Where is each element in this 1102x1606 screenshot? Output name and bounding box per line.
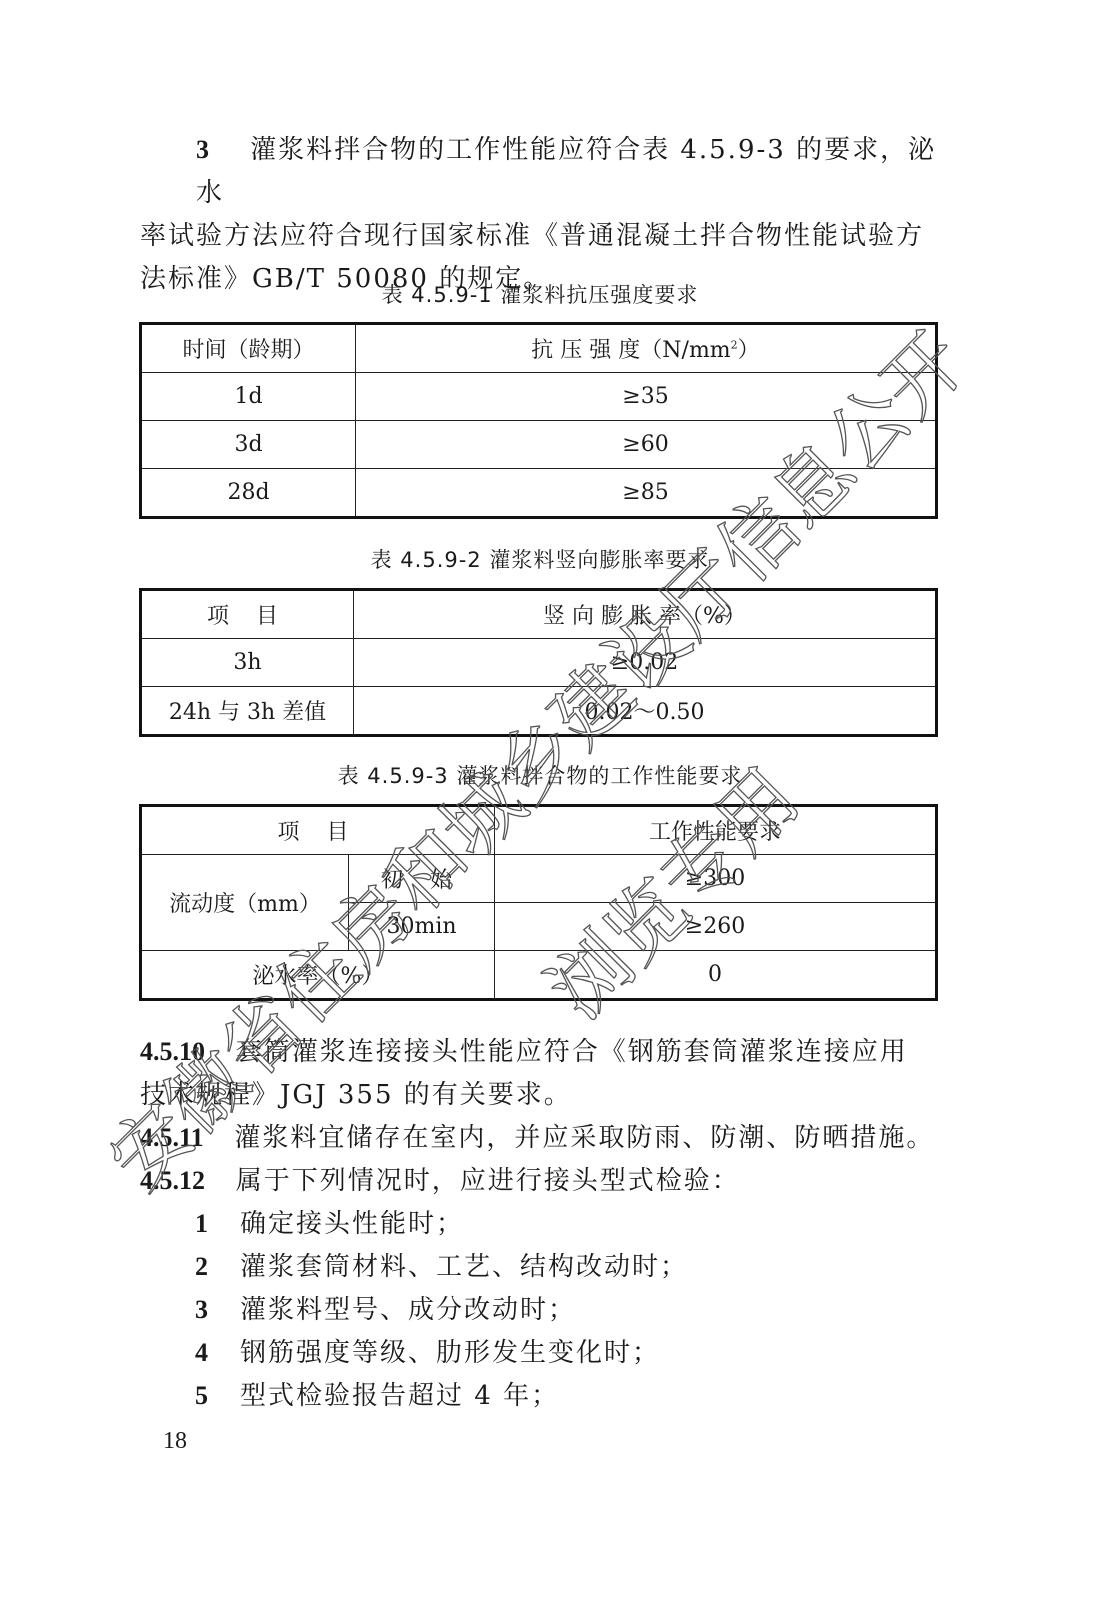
- clause-text: 灌浆料宜储存在室内，并应采取防雨、防潮、防晒措施。: [234, 1123, 934, 1153]
- table-cell: ≥60: [356, 421, 937, 469]
- table-row: 24h 与 3h 差值 0.02～0.50: [141, 687, 937, 736]
- table-cell: 0.02～0.50: [354, 687, 937, 736]
- table1-compressive-strength: 时间（龄期） 抗 压 强 度（N/mm2） 1d ≥35 3d ≥60 28d …: [139, 322, 938, 519]
- table-row: 28d ≥85: [141, 469, 937, 518]
- table-header-cell: 竖 向 膨 胀 率（%）: [354, 590, 937, 639]
- table-cell: ≥85: [356, 469, 937, 518]
- table-cell: 3d: [141, 421, 356, 469]
- clause-text: 套筒灌浆连接接头性能应符合《钢筋套筒灌浆连接应用: [236, 1037, 908, 1067]
- list-item: 1确定接头性能时；: [195, 1202, 464, 1246]
- table-cell: 30min: [349, 903, 495, 951]
- table2-vertical-expansion: 项 目 竖 向 膨 胀 率（%） 3h ≥0.02 24h 与 3h 差值 0.…: [139, 588, 938, 737]
- table1-caption: 表 4.5.9-1 灌浆料抗压强度要求: [140, 279, 940, 309]
- table-row: 3h ≥0.02: [141, 639, 937, 687]
- clause-number: 4.5.10: [140, 1037, 205, 1066]
- table-cell: 初 始: [349, 855, 495, 903]
- list-item: 4钢筋强度等级、肋形发生变化时；: [195, 1331, 660, 1375]
- table-row: 流动度（mm） 初 始 ≥300: [141, 855, 937, 903]
- table-header-cell: 抗 压 强 度（N/mm2）: [356, 324, 937, 373]
- table-header-row: 项 目 竖 向 膨 胀 率（%）: [141, 590, 937, 639]
- table-cell: 泌水率（%）: [141, 951, 495, 1000]
- table-row: 1d ≥35: [141, 373, 937, 421]
- table-cell: ≥300: [495, 855, 937, 903]
- table-header-row: 项 目 工作性能要求: [141, 806, 937, 855]
- clause-4-5-10: 4.5.10 套筒灌浆连接接头性能应符合《钢筋套筒灌浆连接应用 技术规程》JGJ…: [140, 1030, 940, 1117]
- table3-caption: 表 4.5.9-3 灌浆料拌合物的工作性能要求: [140, 760, 940, 790]
- table2-caption: 表 4.5.9-2 灌浆料竖向膨胀率要求: [140, 544, 940, 574]
- intro-line-1: 灌浆料拌合物的工作性能应符合表 4.5.9-3 的要求，泌水: [196, 135, 936, 208]
- list-item: 5型式检验报告超过 4 年；: [195, 1374, 559, 1418]
- table-group-cell: 流动度（mm）: [141, 855, 349, 951]
- clause-text: 技术规程》JGJ 355 的有关要求。: [140, 1074, 940, 1117]
- intro-paragraph: 3 灌浆料拌合物的工作性能应符合表 4.5.9-3 的要求，泌水 率试验方法应符…: [140, 128, 940, 301]
- table-header-cell: 工作性能要求: [495, 806, 937, 855]
- clause-number: 4.5.12: [140, 1166, 205, 1195]
- clause-text: 属于下列情况时，应进行接头型式检验：: [236, 1166, 740, 1196]
- page-number: 18: [163, 1428, 187, 1455]
- table-header-row: 时间（龄期） 抗 压 强 度（N/mm2）: [141, 324, 937, 373]
- intro-line-2: 率试验方法应符合现行国家标准《普通混凝土拌合物性能试验方: [140, 215, 940, 258]
- clause-4-5-11: 4.5.11 灌浆料宜储存在室内，并应采取防雨、防潮、防晒措施。: [140, 1116, 940, 1160]
- table-cell: 0: [495, 951, 937, 1000]
- table3-working-performance: 项 目 工作性能要求 流动度（mm） 初 始 ≥300 30min ≥260 泌…: [139, 804, 938, 1001]
- table-header-cell: 项 目: [141, 590, 354, 639]
- table-cell: ≥35: [356, 373, 937, 421]
- table-cell: 1d: [141, 373, 356, 421]
- list-item: 3灌浆料型号、成分改动时；: [195, 1288, 576, 1332]
- table-cell: 24h 与 3h 差值: [141, 687, 354, 736]
- table-header-cell: 时间（龄期）: [141, 324, 356, 373]
- table-cell: 28d: [141, 469, 356, 518]
- clause-number: 4.5.11: [140, 1123, 204, 1152]
- table-row: 泌水率（%） 0: [141, 951, 937, 1000]
- document-page: 3 灌浆料拌合物的工作性能应符合表 4.5.9-3 的要求，泌水 率试验方法应符…: [0, 0, 1102, 1606]
- table-row: 3d ≥60: [141, 421, 937, 469]
- table-cell: ≥0.02: [354, 639, 937, 687]
- table-header-cell: 项 目: [141, 806, 495, 855]
- table-cell: 3h: [141, 639, 354, 687]
- list-item: 2灌浆套筒材料、工艺、结构改动时；: [195, 1245, 688, 1289]
- clause-4-5-12: 4.5.12 属于下列情况时，应进行接头型式检验：: [140, 1159, 940, 1203]
- item-number: 3: [196, 135, 209, 164]
- table-cell: ≥260: [495, 903, 937, 951]
